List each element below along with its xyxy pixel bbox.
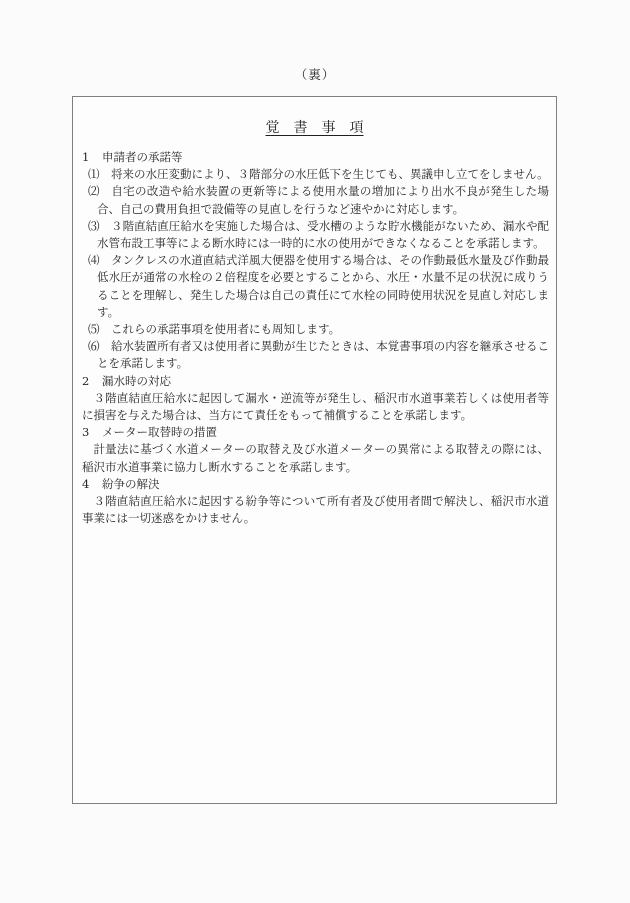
memo-title: 覚 書 事 項 — [73, 121, 556, 136]
section-1-clause-2: ⑵自宅の改造や給水装置の更新等による使用水量の増加により出水不良が発生した場合、… — [82, 183, 549, 217]
section-1-heading-text: 申請者の承諾等 — [102, 150, 183, 164]
section-4-number: 4 — [82, 476, 102, 493]
section-2-heading: 2漏水時の対応 — [82, 373, 549, 390]
section-1-clause-6: ⑹給水装置所有者又は使用者に異動が生じたときは、本覚書事項の内容を継承させること… — [82, 338, 549, 372]
section-2-heading-text: 漏水時の対応 — [102, 374, 171, 388]
clause-1-marker: ⑴ — [88, 166, 111, 183]
clause-4-marker: ⑷ — [88, 252, 111, 269]
section-1-clause-5: ⑸これらの承諾事項を使用者にも周知します。 — [82, 321, 549, 338]
memo-content: 1申請者の承諾等 ⑴将来の水圧変動により、３階部分の水圧低下を生じても、異議申し… — [82, 149, 549, 527]
section-3-paragraph: 計量法に基づく水道メーターの取替え及び水道メーターの異常による取替えの際には、稲… — [82, 441, 549, 475]
memo-box: 覚 書 事 項 1申請者の承諾等 ⑴将来の水圧変動により、３階部分の水圧低下を生… — [72, 96, 557, 804]
clause-2-marker: ⑵ — [88, 183, 111, 200]
section-4-heading: 4紛争の解決 — [82, 476, 549, 493]
section-2-paragraph: ３階直結直圧給水に起因して漏水・逆流等が発生し、稲沢市水道事業若しくは使用者等に… — [82, 390, 549, 424]
clause-3-marker: ⑶ — [88, 218, 111, 235]
scanned-document-page: { "page": { "side_label": "（裏）" }, "memo… — [0, 0, 630, 903]
clause-3-text: ３階直結直圧給水を実施した場合は、受水槽のような貯水機能がないため、漏水や配水管… — [97, 219, 549, 250]
clause-6-text: 給水装置所有者又は使用者に異動が生じたときは、本覚書事項の内容を継承させることを… — [97, 339, 549, 370]
section-1-clause-1: ⑴将来の水圧変動により、３階部分の水圧低下を生じても、異議申し立てをしません。 — [82, 166, 549, 183]
section-3-heading-text: メーター取替時の措置 — [102, 425, 217, 439]
clause-2-text: 自宅の改造や給水装置の更新等による使用水量の増加により出水不良が発生した場合、自… — [97, 184, 549, 215]
section-1-clause-4: ⑷タンクレスの水道直結式洋風大便器を使用する場合は、その作動最低水量及び作動最低… — [82, 252, 549, 321]
section-2-number: 2 — [82, 373, 102, 390]
clause-4-text: タンクレスの水道直結式洋風大便器を使用する場合は、その作動最低水量及び作動最低水… — [97, 253, 549, 319]
clause-5-text: これらの承諾事項を使用者にも周知します。 — [111, 322, 340, 336]
section-3-heading: 3メーター取替時の措置 — [82, 424, 549, 441]
section-3-number: 3 — [82, 424, 102, 441]
section-1-clause-3: ⑶３階直結直圧給水を実施した場合は、受水槽のような貯水機能がないため、漏水や配水… — [82, 218, 549, 252]
section-1-number: 1 — [82, 149, 102, 166]
page-side-label: （裏） — [0, 65, 630, 83]
section-4-paragraph: ３階直結直圧給水に起因する紛争等について所有者及び使用者間で解決し、稲沢市水道事… — [82, 493, 549, 527]
section-1-heading: 1申請者の承諾等 — [82, 149, 549, 166]
clause-1-text: 将来の水圧変動により、３階部分の水圧低下を生じても、異議申し立てをしません。 — [111, 167, 549, 181]
section-4-heading-text: 紛争の解決 — [102, 477, 160, 491]
clause-5-marker: ⑸ — [88, 321, 111, 338]
clause-6-marker: ⑹ — [88, 338, 111, 355]
